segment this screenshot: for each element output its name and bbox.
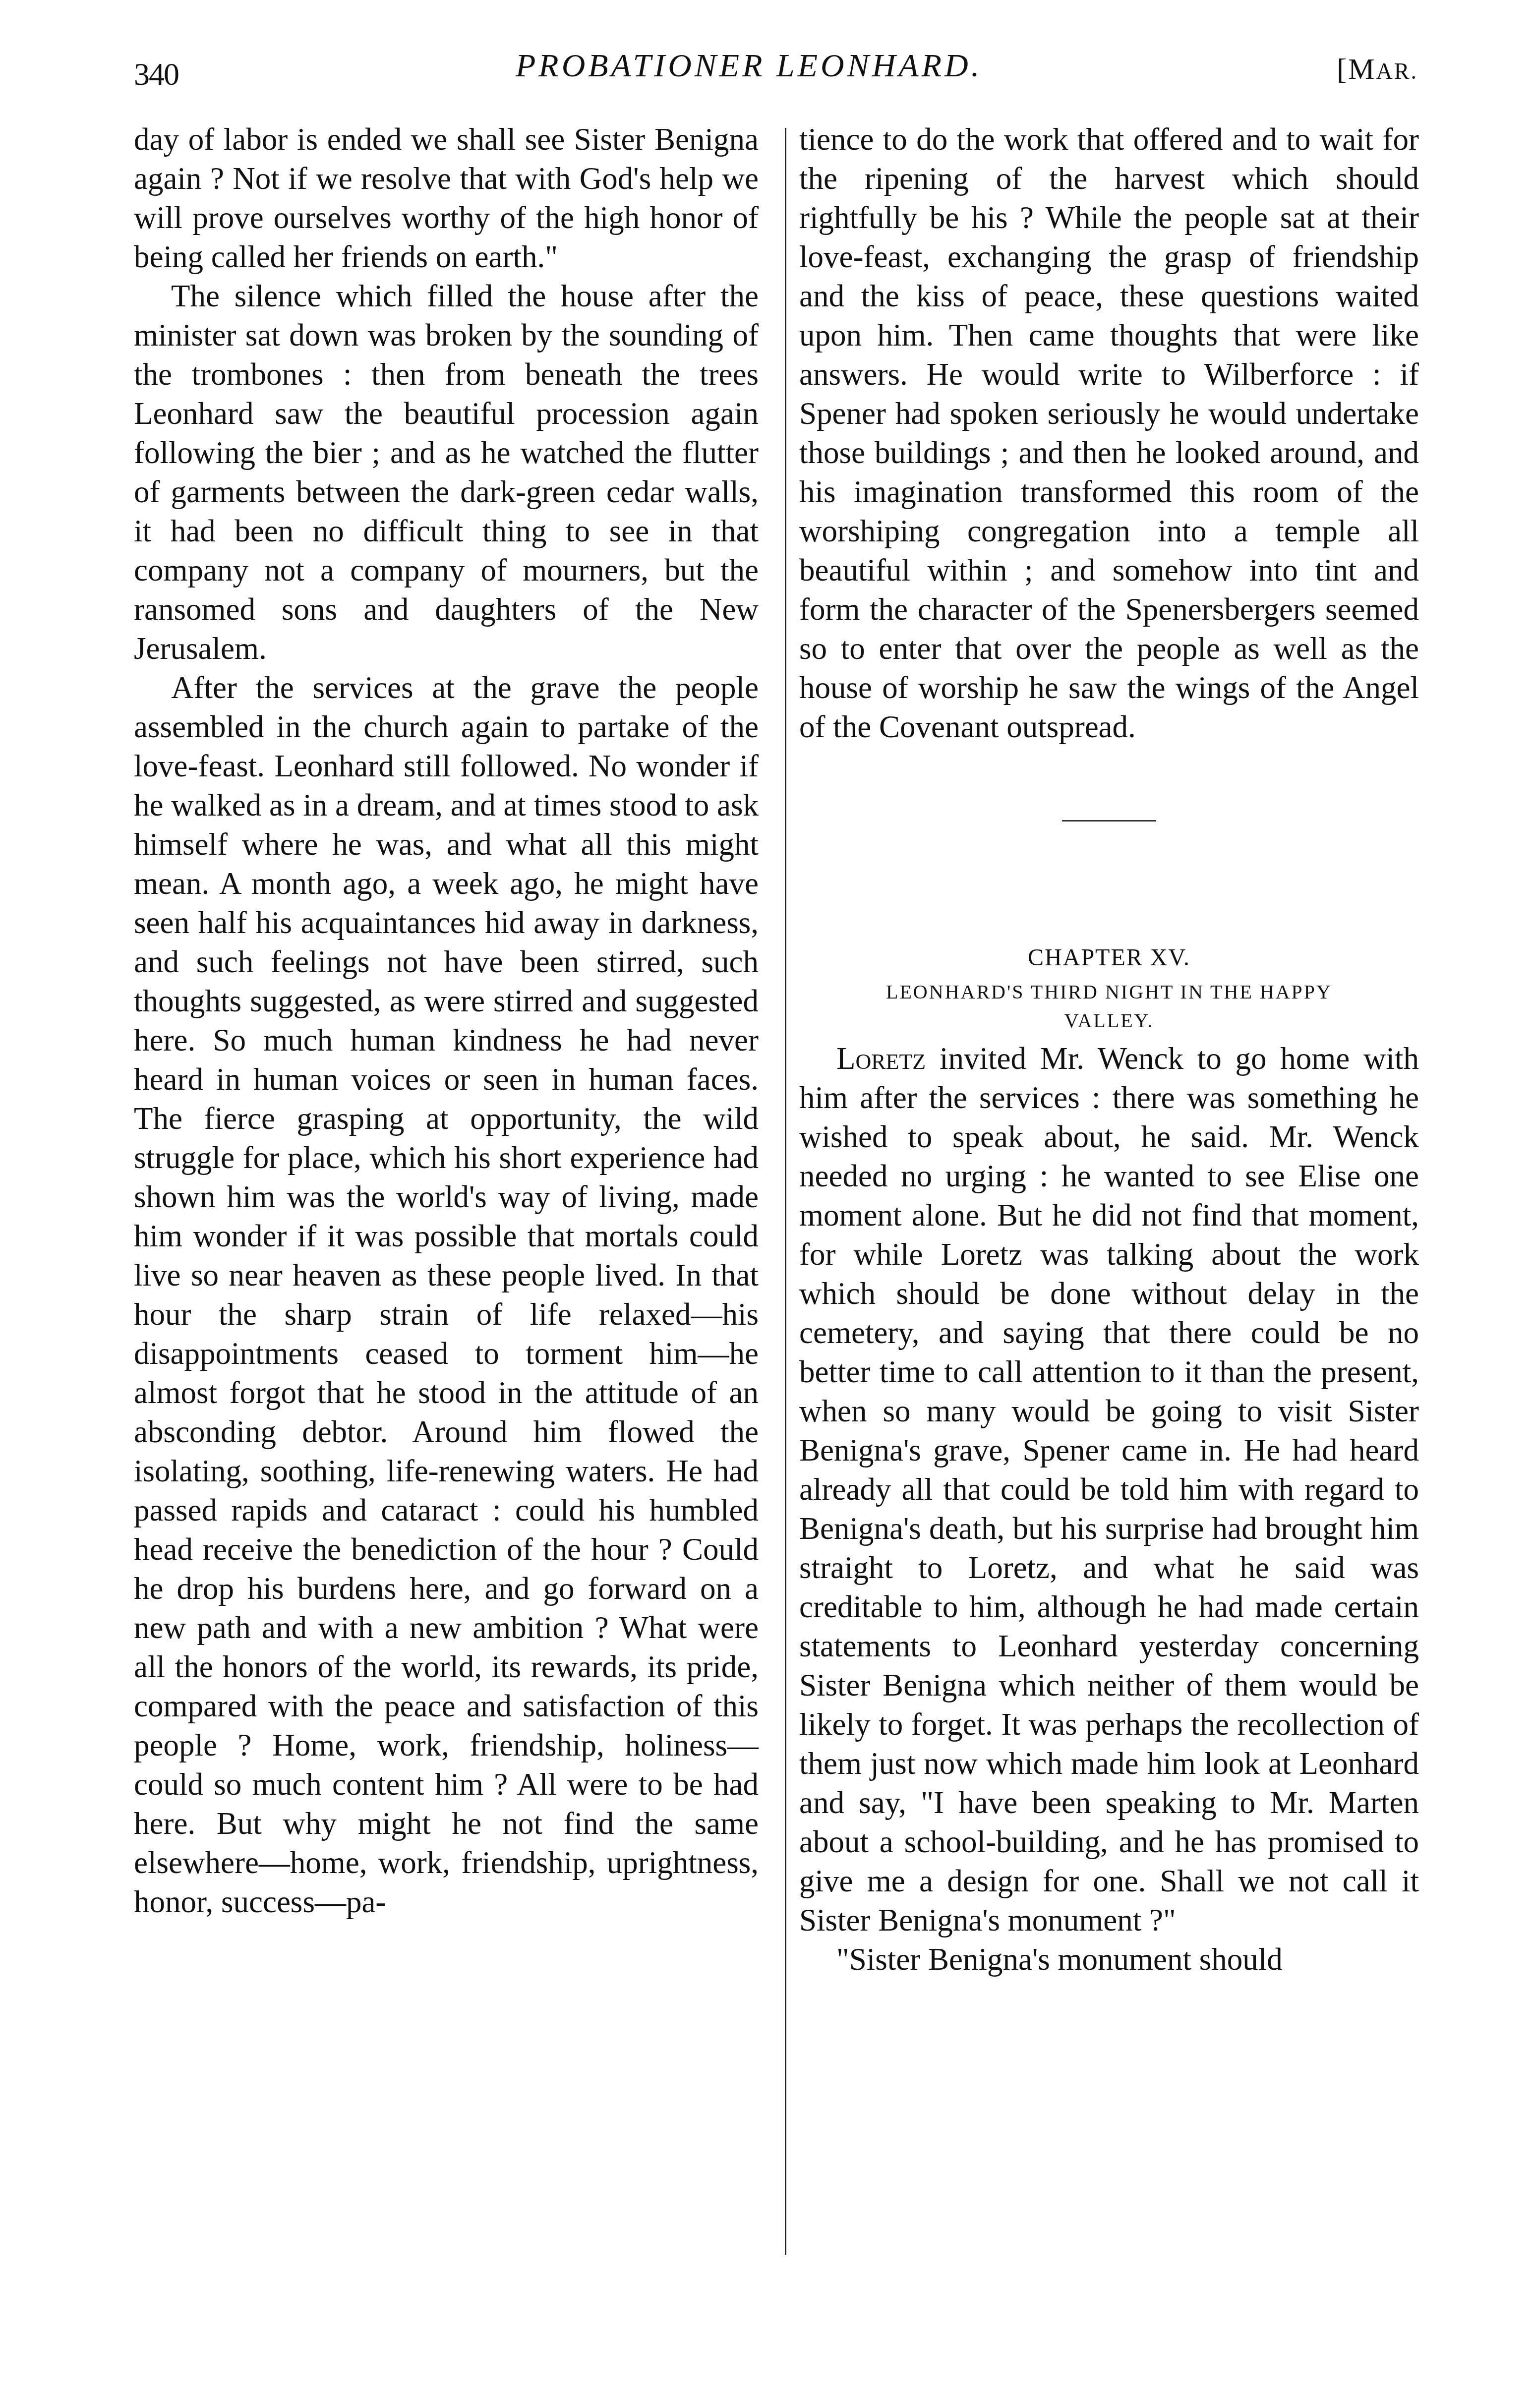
column-divider: [785, 128, 786, 2255]
book-page: 340 PROBATIONER LEONHARD. [MAR. day of l…: [0, 0, 1533, 2408]
paragraph-lead-word: Loretz: [836, 1041, 926, 1076]
left-column: day of labor is ended we shall see Siste…: [134, 120, 759, 1922]
running-month: [MAR.: [1337, 52, 1418, 86]
chapter-subtitle-line: VALLEY.: [799, 1006, 1419, 1035]
running-title: PROBATIONER LEONHARD.: [516, 47, 982, 85]
paragraph: tience to do the work that offered and t…: [799, 120, 1419, 747]
paragraph: After the services at the grave the peop…: [134, 668, 759, 1922]
right-column: tience to do the work that offered and t…: [799, 120, 1419, 1979]
month-rest: AR.: [1376, 59, 1418, 84]
paragraph-text: invited Mr. Wenck to go home with him af…: [799, 1041, 1419, 1938]
section-rule: [1062, 820, 1156, 822]
paragraph: Loretz invited Mr. Wenck to go home with…: [799, 1039, 1419, 1940]
chapter-heading: CHAPTER XV.: [799, 943, 1419, 973]
chapter-subtitle-line: LEONHARD'S THIRD NIGHT IN THE HAPPY: [799, 978, 1419, 1006]
paragraph: day of labor is ended we shall see Siste…: [134, 120, 759, 277]
paragraph: The silence which filled the house after…: [134, 277, 759, 668]
paragraph: "Sister Benigna's monument should: [799, 1940, 1419, 1979]
month-bracket: [M: [1337, 53, 1376, 85]
running-header: 340 PROBATIONER LEONHARD. [MAR.: [134, 47, 1418, 87]
page-number: 340: [134, 56, 178, 93]
chapter-subtitle: LEONHARD'S THIRD NIGHT IN THE HAPPY VALL…: [799, 978, 1419, 1035]
